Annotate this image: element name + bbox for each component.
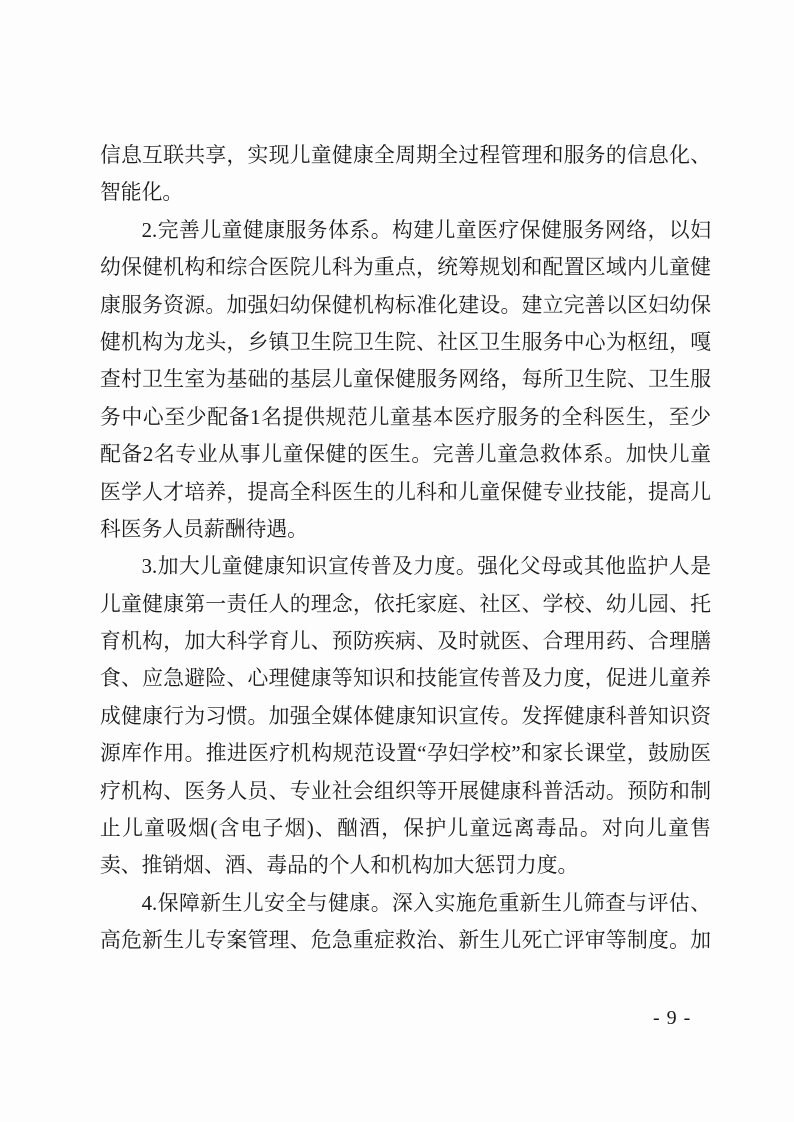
page-number: - 9 -: [653, 1006, 691, 1030]
text-line: 智能化。: [100, 174, 711, 211]
document-page: 信息互联共享，实现儿童健康全周期全过程管理和服务的信息化、 智能化。 2.完善儿…: [0, 0, 794, 1122]
text-line: 成健康行为习惯。加强全媒体健康知识宣传。发挥健康科普知识资: [100, 698, 711, 735]
text-line: 4.保障新生儿安全与健康。深入实施危重新生儿筛查与评估、: [100, 885, 711, 922]
text-line: 止儿童吸烟(含电子烟)、酗酒，保护儿童远离毒品。对向儿童售: [100, 810, 711, 847]
text-line: 信息互联共享，实现儿童健康全周期全过程管理和服务的信息化、: [100, 137, 711, 174]
text-line: 3.加大儿童健康知识宣传普及力度。强化父母或其他监护人是: [100, 548, 711, 585]
document-body: 信息互联共享，实现儿童健康全周期全过程管理和服务的信息化、 智能化。 2.完善儿…: [100, 137, 711, 960]
text-line: 幼保健机构和综合医院儿科为重点，统筹规划和配置区域内儿童健: [100, 249, 711, 286]
text-line: 查村卫生室为基础的基层儿童保健服务网络，每所卫生院、卫生服: [100, 361, 711, 398]
text-line: 医学人才培养，提高全科医生的儿科和儿童保健专业技能，提高儿: [100, 474, 711, 511]
text-line: 食、应急避险、心理健康等知识和技能宣传普及力度，促进儿童养: [100, 660, 711, 697]
text-line: 务中心至少配备1名提供规范儿童基本医疗服务的全科医生，至少: [100, 399, 711, 436]
text-line: 高危新生儿专案管理、危急重症救治、新生儿死亡评审等制度。加: [100, 922, 711, 959]
text-line: 2.完善儿童健康服务体系。构建儿童医疗保健服务网络，以妇: [100, 212, 711, 249]
text-line: 健机构为龙头，乡镇卫生院卫生院、社区卫生服务中心为枢纽，嘎: [100, 324, 711, 361]
text-line: 源库作用。推进医疗机构规范设置“孕妇学校”和家长课堂，鼓励医: [100, 735, 711, 772]
text-line: 疗机构、医务人员、专业社会组织等开展健康科普活动。预防和制: [100, 773, 711, 810]
text-line: 育机构，加大科学育儿、预防疾病、及时就医、合理用药、合理膳: [100, 623, 711, 660]
text-line: 科医务人员薪酬待遇。: [100, 511, 711, 548]
text-line: 卖、推销烟、酒、毒品的个人和机构加大惩罚力度。: [100, 847, 711, 884]
text-line: 配备2名专业从事儿童保健的医生。完善儿童急救体系。加快儿童: [100, 436, 711, 473]
text-line: 儿童健康第一责任人的理念，依托家庭、社区、学校、幼儿园、托: [100, 586, 711, 623]
text-line: 康服务资源。加强妇幼保健机构标准化建设。建立完善以区妇幼保: [100, 287, 711, 324]
